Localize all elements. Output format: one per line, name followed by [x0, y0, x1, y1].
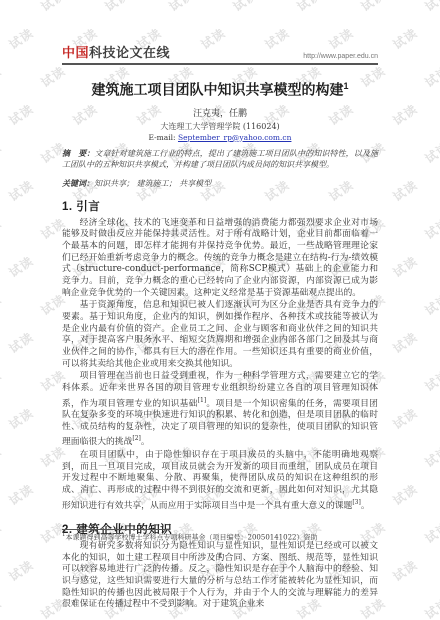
watermark-text: 试读 [389, 176, 420, 205]
citation-superscript: [3] [352, 499, 361, 506]
watermark-text: 试读 [5, 480, 36, 509]
citation-superscript: [2] [132, 435, 141, 442]
paragraph: 在项目团队中，由于隐性知识存在于项目成员的头脑中，不能明确地观察到，而且一旦项目… [62, 450, 378, 512]
watermark-text: 试读 [421, 442, 440, 471]
watermark-text: 试读 [389, 404, 420, 433]
title-superscript: 1 [343, 81, 348, 91]
abstract-text: 文章针对建筑施工行业的特点，提出了建筑施工项目团队中的知识特性，以及施工团队中的… [62, 149, 378, 169]
watermark-text: 试读 [421, 518, 440, 547]
watermark-text: 试读 [421, 366, 440, 395]
article-body: 1. 引言经济全球化、技术的飞速变革和日益增强的消费能力都强烈要求企业对市场能够… [62, 198, 378, 611]
watermark-text: 试读 [0, 214, 5, 243]
watermark-text: 试读 [421, 138, 440, 167]
watermark-text: 试读 [5, 176, 36, 205]
paragraph: 经济全球化、技术的飞速变革和日益增强的消费能力都强烈要求企业对市场能够及时做出反… [62, 218, 378, 300]
footnote: 1本课题得到高等学校博士学科点专项科研基金（项目编号：20050141022）资… [62, 532, 378, 542]
page-content: 中国科技论文在线 http://www.paper.edu.cn 建筑施工项目团… [62, 46, 378, 612]
paper-page: 试读试读试读试读试读试读试读试读试读试读试读试读试读试读试读试读试读试读试读试读… [0, 0, 440, 620]
watermark-text: 试读 [293, 0, 324, 15]
citation-superscript: [1] [198, 397, 207, 404]
keywords-text: 知识共享； 建筑施工； 共享模型 [94, 179, 211, 188]
footnote-text: 本课题得到高等学校博士学科点专项科研基金（项目编号：20050141022）资助 [66, 533, 318, 541]
logo-text-red: 中国 [62, 45, 89, 60]
keywords-label: 关键词： [62, 178, 94, 188]
paragraph-text: 。 [141, 437, 150, 447]
watermark-text: 试读 [5, 404, 36, 433]
watermark-text: 试读 [5, 252, 36, 281]
paragraph-text: 。 [361, 501, 370, 511]
footnote-separator [62, 529, 170, 530]
watermark-text: 试读 [229, 0, 260, 15]
footnote-block: 1本课题得到高等学校博士学科点专项科研基金（项目编号：20050141022）资… [62, 529, 378, 542]
affiliation: 大连理工大学管理学院 (116024) [62, 121, 378, 132]
authors: 汪克夷，任鹏 [62, 106, 378, 119]
watermark-text: 试读 [5, 556, 36, 585]
paragraph: 基于资源角度，信息和知识已被人们逐渐认可为区分企业是否具有竞争力的要素。基于知识… [62, 300, 378, 370]
watermark-text: 试读 [0, 0, 5, 15]
paragraph: 项目管理在当前也日益受到重视，作为一种科学管理方式，需要建立它的学科体系。近年来… [62, 371, 378, 449]
watermark-text: 试读 [421, 62, 440, 91]
paper-title-text: 建筑施工项目团队中知识共享模型的构建 [91, 82, 343, 98]
paragraph-text: 在项目团队中，由于隐性知识存在于项目成员的头脑中，不能明确地观察到，而且一旦项目… [62, 450, 378, 511]
watermark-text: 试读 [0, 442, 5, 471]
page-header: 中国科技论文在线 http://www.paper.edu.cn [62, 46, 378, 65]
watermark-text: 试读 [5, 328, 36, 357]
watermark-text: 试读 [5, 100, 36, 129]
paper-title: 建筑施工项目团队中知识共享模型的构建1 [62, 78, 378, 99]
watermark-text: 试读 [0, 518, 5, 547]
watermark-text: 试读 [389, 556, 420, 585]
header-url: http://www.paper.edu.cn [303, 53, 378, 60]
watermark-text: 试读 [421, 214, 440, 243]
watermark-text: 试读 [0, 290, 5, 319]
site-logo: 中国科技论文在线 [62, 46, 170, 60]
email-link[interactable]: September_rp@yahoo.com.cn [178, 133, 291, 142]
email-label: E-mail: [149, 133, 176, 142]
keywords: 关键词：知识共享； 建筑施工； 共享模型 [62, 178, 378, 189]
watermark-text: 试读 [389, 252, 420, 281]
section-heading: 1. 引言 [62, 198, 378, 214]
watermark-text: 试读 [421, 290, 440, 319]
watermark-text: 试读 [357, 0, 388, 15]
email-row: E-mail: September_rp@yahoo.com.cn [62, 133, 378, 142]
abstract: 摘 要：文章针对建筑施工行业的特点，提出了建筑施工项目团队中的知识特性，以及施工… [62, 148, 378, 170]
logo-text-dark: 科技论文在线 [89, 45, 170, 60]
watermark-text: 试读 [389, 24, 420, 53]
watermark-text: 试读 [101, 0, 132, 15]
watermark-text: 试读 [389, 480, 420, 509]
watermark-text: 试读 [421, 594, 440, 620]
watermark-text: 试读 [165, 0, 196, 15]
watermark-text: 试读 [0, 366, 5, 395]
watermark-text: 试读 [37, 0, 68, 15]
watermark-text: 试读 [389, 100, 420, 129]
watermark-text: 试读 [0, 62, 5, 91]
watermark-text: 试读 [5, 24, 36, 53]
watermark-text: 试读 [389, 328, 420, 357]
watermark-text: 试读 [421, 0, 440, 15]
paragraph-text: 经济全球化、技术的飞速变革和日益增强的消费能力都强烈要求企业对市场能够及时做出反… [62, 218, 378, 298]
abstract-label: 摘 要： [62, 148, 94, 158]
page-number: - 1 - [0, 551, 440, 560]
watermark-text: 试读 [0, 594, 5, 620]
paragraph-text: 基于资源角度，信息和知识已被人们逐渐认可为区分企业是否具有竞争力的要素。基于知识… [62, 300, 378, 368]
watermark-text: 试读 [0, 138, 5, 167]
